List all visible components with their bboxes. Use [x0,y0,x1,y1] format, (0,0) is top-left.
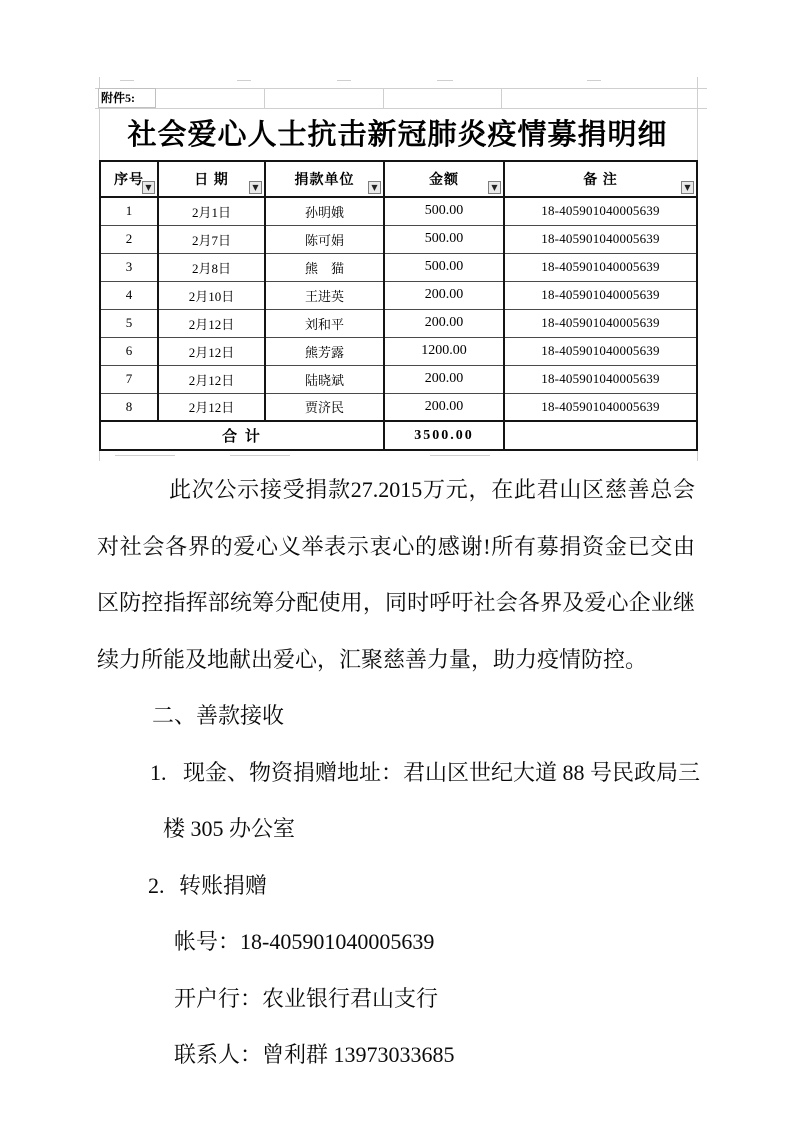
list-item-text: 转账捐赠 [179,873,267,898]
table-cell: 2 [100,225,158,253]
column-header-amount: 金额 ▼ [384,161,504,197]
table-cell: 熊芳露 [265,337,384,365]
table-cell: 18-405901040005639 [504,197,697,225]
table-row: 62月12日熊芳露1200.0018-405901040005639 [100,337,697,365]
donation-table: 序号 ▼ 日 期 ▼ 捐款单位 ▼ 金额 ▼ [99,160,698,451]
chevron-down-icon: ▼ [252,184,258,192]
gridline [115,455,175,456]
document-body: 此次公示接受捐款27.2015万元，在此君山区慈善总会对社会各界的爱心义举表示衷… [97,462,709,1084]
table-cell: 8 [100,393,158,421]
gridline [697,77,698,160]
table-cell: 2月12日 [158,365,265,393]
total-amount: 3500.00 [384,421,504,450]
column-header-remark: 备 注 ▼ [504,161,697,197]
table-cell: 2月10日 [158,281,265,309]
filter-dropdown-button[interactable]: ▼ [142,181,155,194]
total-label: 合 计 [100,421,384,450]
table-row: 52月12日刘和平200.0018-405901040005639 [100,309,697,337]
gridline [237,80,251,81]
column-header-label: 金额 [429,173,459,188]
table-cell: 2月1日 [158,197,265,225]
header-row: 序号 ▼ 日 期 ▼ 捐款单位 ▼ 金额 ▼ [100,161,697,197]
gridline [264,88,265,108]
table-cell: 陈可娟 [265,225,384,253]
table-cell: 刘和平 [265,309,384,337]
filter-dropdown-button[interactable]: ▼ [368,181,381,194]
filter-dropdown-button[interactable]: ▼ [681,181,694,194]
table-cell: 6 [100,337,158,365]
gridline [120,80,134,81]
table-cell: 5 [100,309,158,337]
account-number-line: 帐号：18-405901040005639 [97,914,709,971]
table-cell: 18-405901040005639 [504,253,697,281]
table-cell: 3 [100,253,158,281]
table-cell: 1 [100,197,158,225]
table-cell: 贾济民 [265,393,384,421]
chevron-down-icon: ▼ [145,184,151,192]
table-cell: 1200.00 [384,337,504,365]
gridline [230,455,290,456]
gridline [337,80,351,81]
column-header-label: 备 注 [583,173,618,188]
filter-dropdown-button[interactable]: ▼ [249,181,262,194]
bank-line: 开户行：农业银行君山支行 [97,971,709,1028]
gridline [437,80,453,81]
table-cell: 500.00 [384,197,504,225]
table-row: 12月1日孙明娥500.0018-405901040005639 [100,197,697,225]
table-cell: 500.00 [384,225,504,253]
table-body: 12月1日孙明娥500.0018-40590104000563922月7日陈可娟… [100,197,697,421]
list-number: 1. [150,745,167,802]
table-row: 32月8日熊 猫500.0018-405901040005639 [100,253,697,281]
table-cell: 2月8日 [158,253,265,281]
table-cell: 2月12日 [158,337,265,365]
total-row: 合 计 3500.00 [100,421,697,450]
list-item-text: 现金、物资捐赠地址：君山区世纪大道 88 号民政局三楼 305 办公室 [163,760,700,842]
gridline [501,88,502,108]
spreadsheet-screenshot: 附件5: 社会爱心人士抗击新冠肺炎疫情募捐明细 序号 ▼ 日 期 ▼ [95,77,707,465]
table-cell: 18-405901040005639 [504,337,697,365]
gridline [587,80,601,81]
table-cell: 500.00 [384,253,504,281]
table-row: 22月7日陈可娟500.0018-405901040005639 [100,225,697,253]
table-cell: 陆晓斌 [265,365,384,393]
table-row: 82月12日贾济民200.0018-405901040005639 [100,393,697,421]
filter-dropdown-button[interactable]: ▼ [488,181,501,194]
table-cell: 2月7日 [158,225,265,253]
table-cell: 2月12日 [158,393,265,421]
table-cell: 200.00 [384,393,504,421]
table-row: 42月10日王进英200.0018-405901040005639 [100,281,697,309]
table-cell: 孙明娥 [265,197,384,225]
table-cell: 4 [100,281,158,309]
table-cell: 熊 猫 [265,253,384,281]
list-item-donation-address: 1.现金、物资捐赠地址：君山区世纪大道 88 号民政局三楼 305 办公室 [97,745,709,858]
table-cell: 200.00 [384,281,504,309]
table-cell: 200.00 [384,309,504,337]
table-row: 72月12日陆晓斌200.0018-405901040005639 [100,365,697,393]
gridline [95,88,707,89]
gridline [95,108,707,109]
document-page: 附件5: 社会爱心人士抗击新冠肺炎疫情募捐明细 序号 ▼ 日 期 ▼ [0,0,793,1122]
column-header-seq: 序号 ▼ [100,161,158,197]
column-header-label: 日 期 [194,173,229,188]
table-cell: 200.00 [384,365,504,393]
summary-paragraph: 此次公示接受捐款27.2015万元，在此君山区慈善总会对社会各界的爱心义举表示衷… [97,462,695,688]
column-header-label: 捐款单位 [295,173,355,188]
table-cell: 7 [100,365,158,393]
chevron-down-icon: ▼ [684,184,690,192]
table-cell: 18-405901040005639 [504,281,697,309]
attachment-label: 附件5: [98,88,156,108]
column-header-date: 日 期 ▼ [158,161,265,197]
chevron-down-icon: ▼ [371,184,377,192]
table-cell: 18-405901040005639 [504,393,697,421]
list-number: 2. [148,858,165,915]
table-cell: 18-405901040005639 [504,365,697,393]
list-item-transfer: 2.转账捐赠 [97,858,709,915]
contact-line: 联系人：曾利群 13973033685 [97,1027,709,1084]
table-cell: 18-405901040005639 [504,309,697,337]
column-header-label: 序号 [114,173,144,188]
column-header-donor: 捐款单位 ▼ [265,161,384,197]
table-cell: 王进英 [265,281,384,309]
sheet-title: 社会爱心人士抗击新冠肺炎疫情募捐明细 [99,111,696,159]
table-cell: 18-405901040005639 [504,225,697,253]
gridline [383,88,384,108]
chevron-down-icon: ▼ [491,184,497,192]
section-heading: 二、善款接收 [97,688,709,745]
gridline [430,455,490,456]
total-remark-empty [504,421,697,450]
table-cell: 2月12日 [158,309,265,337]
